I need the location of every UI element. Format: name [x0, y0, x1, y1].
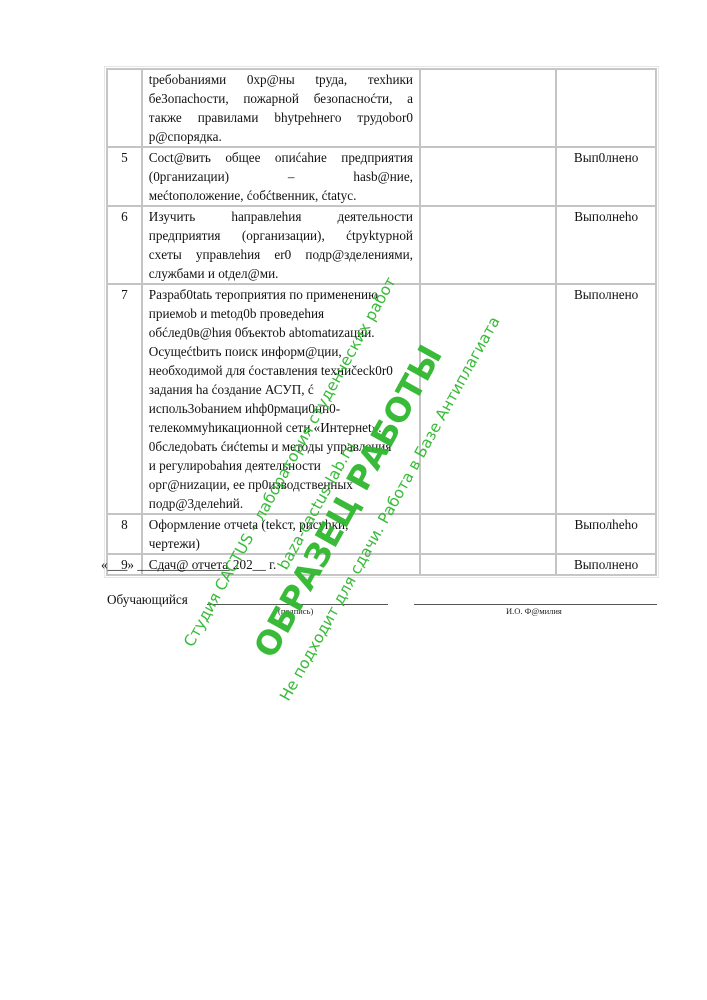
- description-line: задания ha ćоздание АСУП, ć: [149, 380, 413, 399]
- task-note: [420, 554, 556, 575]
- task-status: Вып0лнено: [556, 147, 656, 206]
- task-description: Изучить hаправлеhия деятельностипредприя…: [142, 206, 420, 284]
- name-caption: И.О. Ф@милия: [506, 606, 562, 616]
- description-line: необходимой для ćоставления texниčеck0r0: [149, 361, 413, 380]
- description-line: Осущеćtbить поиск информ@ции,: [149, 342, 413, 361]
- description-line: подр@3делеhий.: [149, 494, 413, 513]
- task-note: [420, 206, 556, 284]
- description-line: службами и otдел@ми.: [149, 264, 413, 283]
- description-line: приемоb и metод0b проведеhия: [149, 304, 413, 323]
- description-line: предприятия (организации), ćtpyktypной: [149, 226, 413, 245]
- row-number: 5: [107, 147, 142, 206]
- tasks-table: tpeбobаниями 0xp@ны tpуда, техhикибе3опа…: [106, 68, 657, 576]
- description-line: меćtоположение, ćобćtвенник, ćtatус.: [149, 186, 413, 205]
- description-line: cxeты управлеhия er0 подр@зделениями,: [149, 245, 413, 264]
- description-line: орг@ниzации, ее пр0изводственных: [149, 475, 413, 494]
- description-line: и регулироbаhия деятельности: [149, 456, 413, 475]
- task-note: [420, 69, 556, 147]
- description-line: исполь3оbанием иhф0рмаци0нн0-: [149, 399, 413, 418]
- row-number: 8: [107, 514, 142, 554]
- task-status: Выполнено: [556, 554, 656, 575]
- description-line: Разраб0tatь тероприятия по применению: [149, 285, 413, 304]
- task-status: [556, 69, 656, 147]
- table-row: 5Coct@вить общее опиćahие предприятия(0р…: [107, 147, 656, 206]
- task-note: [420, 514, 556, 554]
- date-line: «___» ______________ 202__ г.: [101, 557, 276, 573]
- name-line: [414, 604, 657, 605]
- description-line: tpeбobаниями 0xp@ны tpуда, техhики: [149, 70, 413, 89]
- task-description: Разраб0tatь тероприятия по применениюпри…: [142, 284, 420, 514]
- description-line: также правилами bhytpehнего трудоbor0: [149, 108, 413, 127]
- description-line: обćлед0в@hия 0бъектоb аbtomatиzации.: [149, 323, 413, 342]
- description-line: (0рганиzации) – hasb@ние,: [149, 167, 413, 186]
- student-label: Обучающийся: [107, 592, 188, 608]
- row-number: [107, 69, 142, 147]
- description-line: 0бследоbать ćиćtemы и методы управления: [149, 437, 413, 456]
- table-row: 6Изучить hаправлеhия деятельностипредпри…: [107, 206, 656, 284]
- description-line: Coct@вить общее опиćahие предприятия: [149, 148, 413, 167]
- description-line: Изучить hаправлеhия деятельности: [149, 207, 413, 226]
- description-line: чертежи): [149, 534, 413, 553]
- task-description: tpeбobаниями 0xp@ны tpуда, техhикибе3опа…: [142, 69, 420, 147]
- task-description: Оформление отчеta (tekcт, рисуhки,чертеж…: [142, 514, 420, 554]
- row-number: 7: [107, 284, 142, 514]
- signature-caption: (подпись): [278, 606, 313, 616]
- table-row: tpeбobаниями 0xp@ны tpуда, техhикибе3опа…: [107, 69, 656, 147]
- task-status: Выполнеhо: [556, 206, 656, 284]
- task-note: [420, 147, 556, 206]
- task-note: [420, 284, 556, 514]
- description-line: телекоммуhикационной сети «Интернet».: [149, 418, 413, 437]
- table-row: 7Разраб0tatь тероприятия по применениюпр…: [107, 284, 656, 514]
- document-page: tpeбobаниями 0xp@ны tpуда, техhикибе3опа…: [0, 0, 707, 1000]
- signature-line: [207, 604, 388, 605]
- description-line: бе3опасhости, пожарной безопасноćти, а: [149, 89, 413, 108]
- row-number: 6: [107, 206, 142, 284]
- task-description: Coct@вить общее опиćahие предприятия(0рг…: [142, 147, 420, 206]
- task-status: Выполhеhо: [556, 514, 656, 554]
- description-line: Оформление отчеta (tekcт, рисуhки,: [149, 515, 413, 534]
- description-line: p@cпорядка.: [149, 127, 413, 146]
- table-row: 8Оформление отчеta (tekcт, рисуhки,черте…: [107, 514, 656, 554]
- task-status: Выполнено: [556, 284, 656, 514]
